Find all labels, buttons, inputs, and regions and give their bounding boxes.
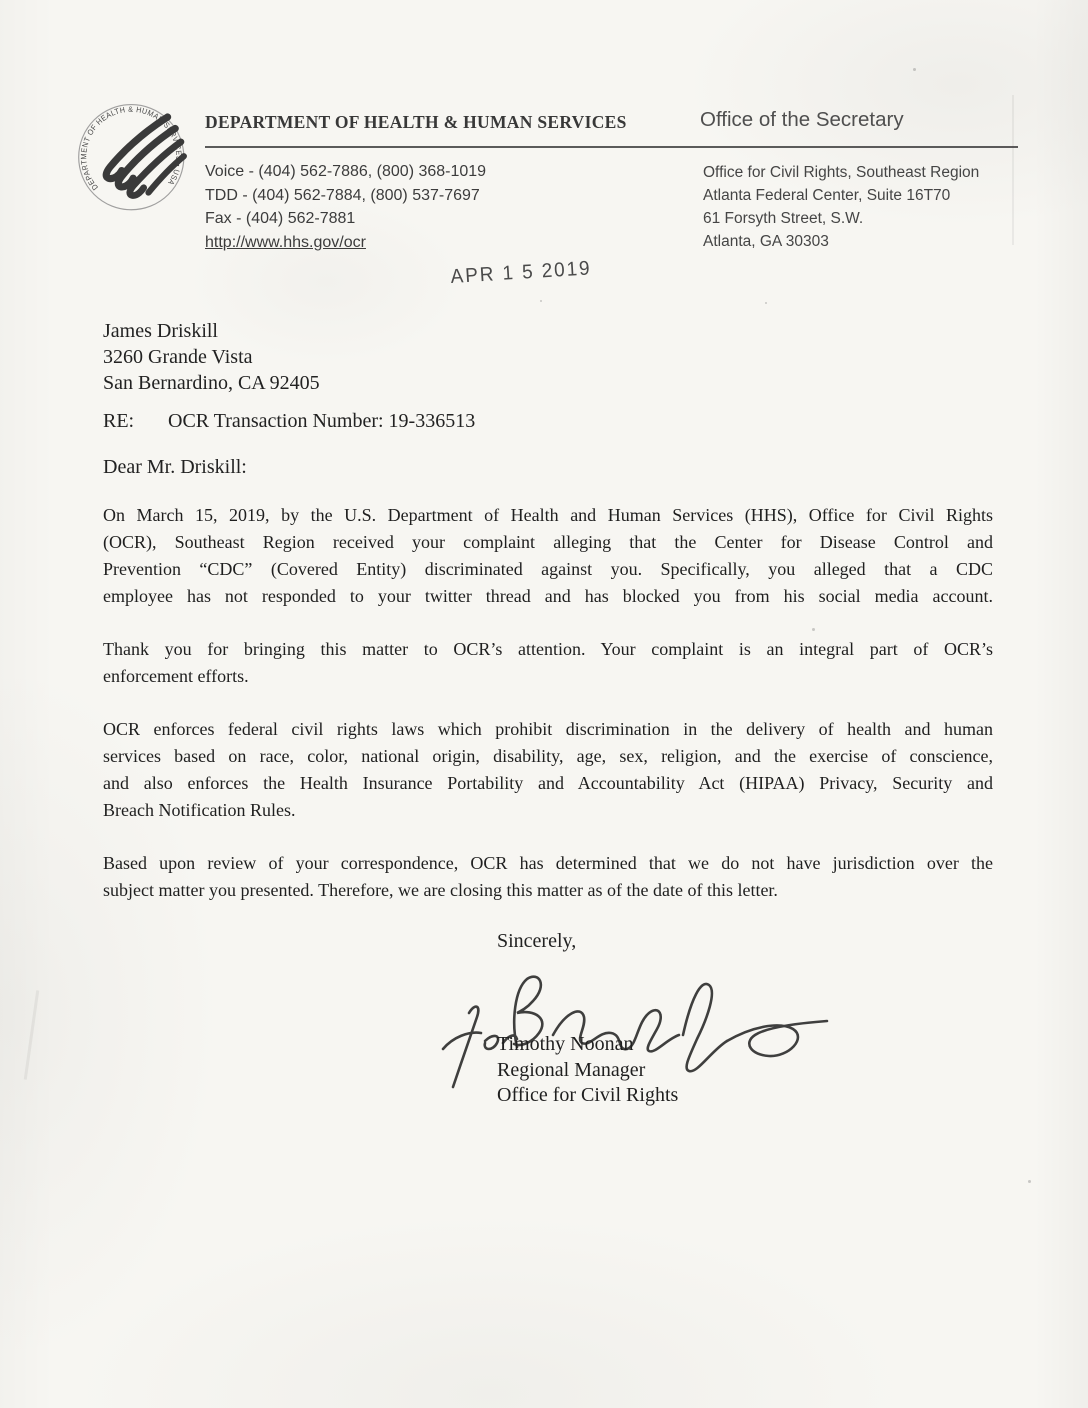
signer-title: Regional Manager	[497, 1058, 678, 1084]
signer-office: Office for Civil Rights	[497, 1083, 678, 1109]
date-received-stamp: APR 1 5 2019	[450, 257, 592, 289]
website-link[interactable]: http://www.hhs.gov/ocr	[205, 231, 366, 255]
body-line: OCR enforces federal civil rights laws w…	[103, 716, 993, 743]
recipient-line: James Driskill	[103, 318, 320, 344]
address-line: Atlanta Federal Center, Suite 16T70	[703, 184, 1033, 207]
scan-artifact	[540, 300, 542, 302]
valediction: Sincerely,	[497, 930, 576, 953]
office-of-secretary-title: Office of the Secretary	[700, 108, 1020, 132]
contact-line: Voice - (404) 562-7886, (800) 368-1019	[205, 160, 625, 184]
body-line: Prevention “CDC” (Covered Entity) discri…	[103, 556, 993, 583]
reference-line: RE: OCR Transaction Number: 19-336513	[103, 410, 475, 433]
signature-block: Timothy Noonan Regional Manager Office f…	[497, 1032, 678, 1109]
body-line: On March 15, 2019, by the U.S. Departmen…	[103, 502, 993, 529]
body-line: (OCR), Southeast Region received your co…	[103, 529, 993, 556]
scanned-letter-page: DEPARTMENT OF HEALTH & HUMAN SERVICES • …	[0, 0, 1088, 1408]
recipient-line: San Bernardino, CA 92405	[103, 370, 320, 396]
regional-address-block: Office for Civil Rights, Southeast Regio…	[703, 161, 1033, 253]
address-line: 61 Forsyth Street, S.W.	[703, 207, 1033, 230]
letter-body: On March 15, 2019, by the U.S. Departmen…	[103, 502, 993, 904]
department-title: DEPARTMENT OF HEALTH & HUMAN SERVICES	[205, 112, 765, 133]
body-line: employee has not responded to your twitt…	[103, 583, 993, 610]
recipient-line: 3260 Grande Vista	[103, 344, 320, 370]
body-line: services based on race, color, national …	[103, 743, 993, 770]
body-line: Breach Notification Rules.	[103, 797, 993, 824]
body-line: Based upon review of your correspondence…	[103, 850, 993, 877]
body-line: and also enforces the Health Insurance P…	[103, 770, 993, 797]
address-line: Atlanta, GA 30303	[703, 230, 1033, 253]
reference-value: OCR Transaction Number: 19-336513	[168, 410, 475, 433]
salutation: Dear Mr. Driskill:	[103, 456, 247, 479]
header-rule	[205, 146, 1018, 148]
body-line: Thank you for bringing this matter to OC…	[103, 636, 993, 663]
scan-artifact	[913, 68, 916, 71]
contact-line: Fax - (404) 562-7881	[205, 207, 625, 231]
address-line: Office for Civil Rights, Southeast Regio…	[703, 161, 1033, 184]
body-line: enforcement efforts.	[103, 663, 993, 690]
scan-artifact	[812, 628, 815, 631]
contact-block: Voice - (404) 562-7886, (800) 368-1019 T…	[205, 160, 625, 254]
contact-line: TDD - (404) 562-7884, (800) 537-7697	[205, 184, 625, 208]
scan-artifact	[765, 302, 767, 304]
scan-artifact	[1012, 95, 1014, 245]
reference-label: RE:	[103, 410, 168, 433]
hhs-seal: DEPARTMENT OF HEALTH & HUMAN SERVICES • …	[72, 96, 202, 226]
recipient-address: James Driskill 3260 Grande Vista San Ber…	[103, 318, 320, 396]
contact-lines: Voice - (404) 562-7886, (800) 368-1019 T…	[205, 160, 625, 231]
body-line: subject matter you presented. Therefore,…	[103, 877, 993, 904]
scan-artifact	[24, 990, 39, 1080]
signer-name: Timothy Noonan	[497, 1032, 678, 1058]
scan-artifact	[1028, 1180, 1031, 1183]
